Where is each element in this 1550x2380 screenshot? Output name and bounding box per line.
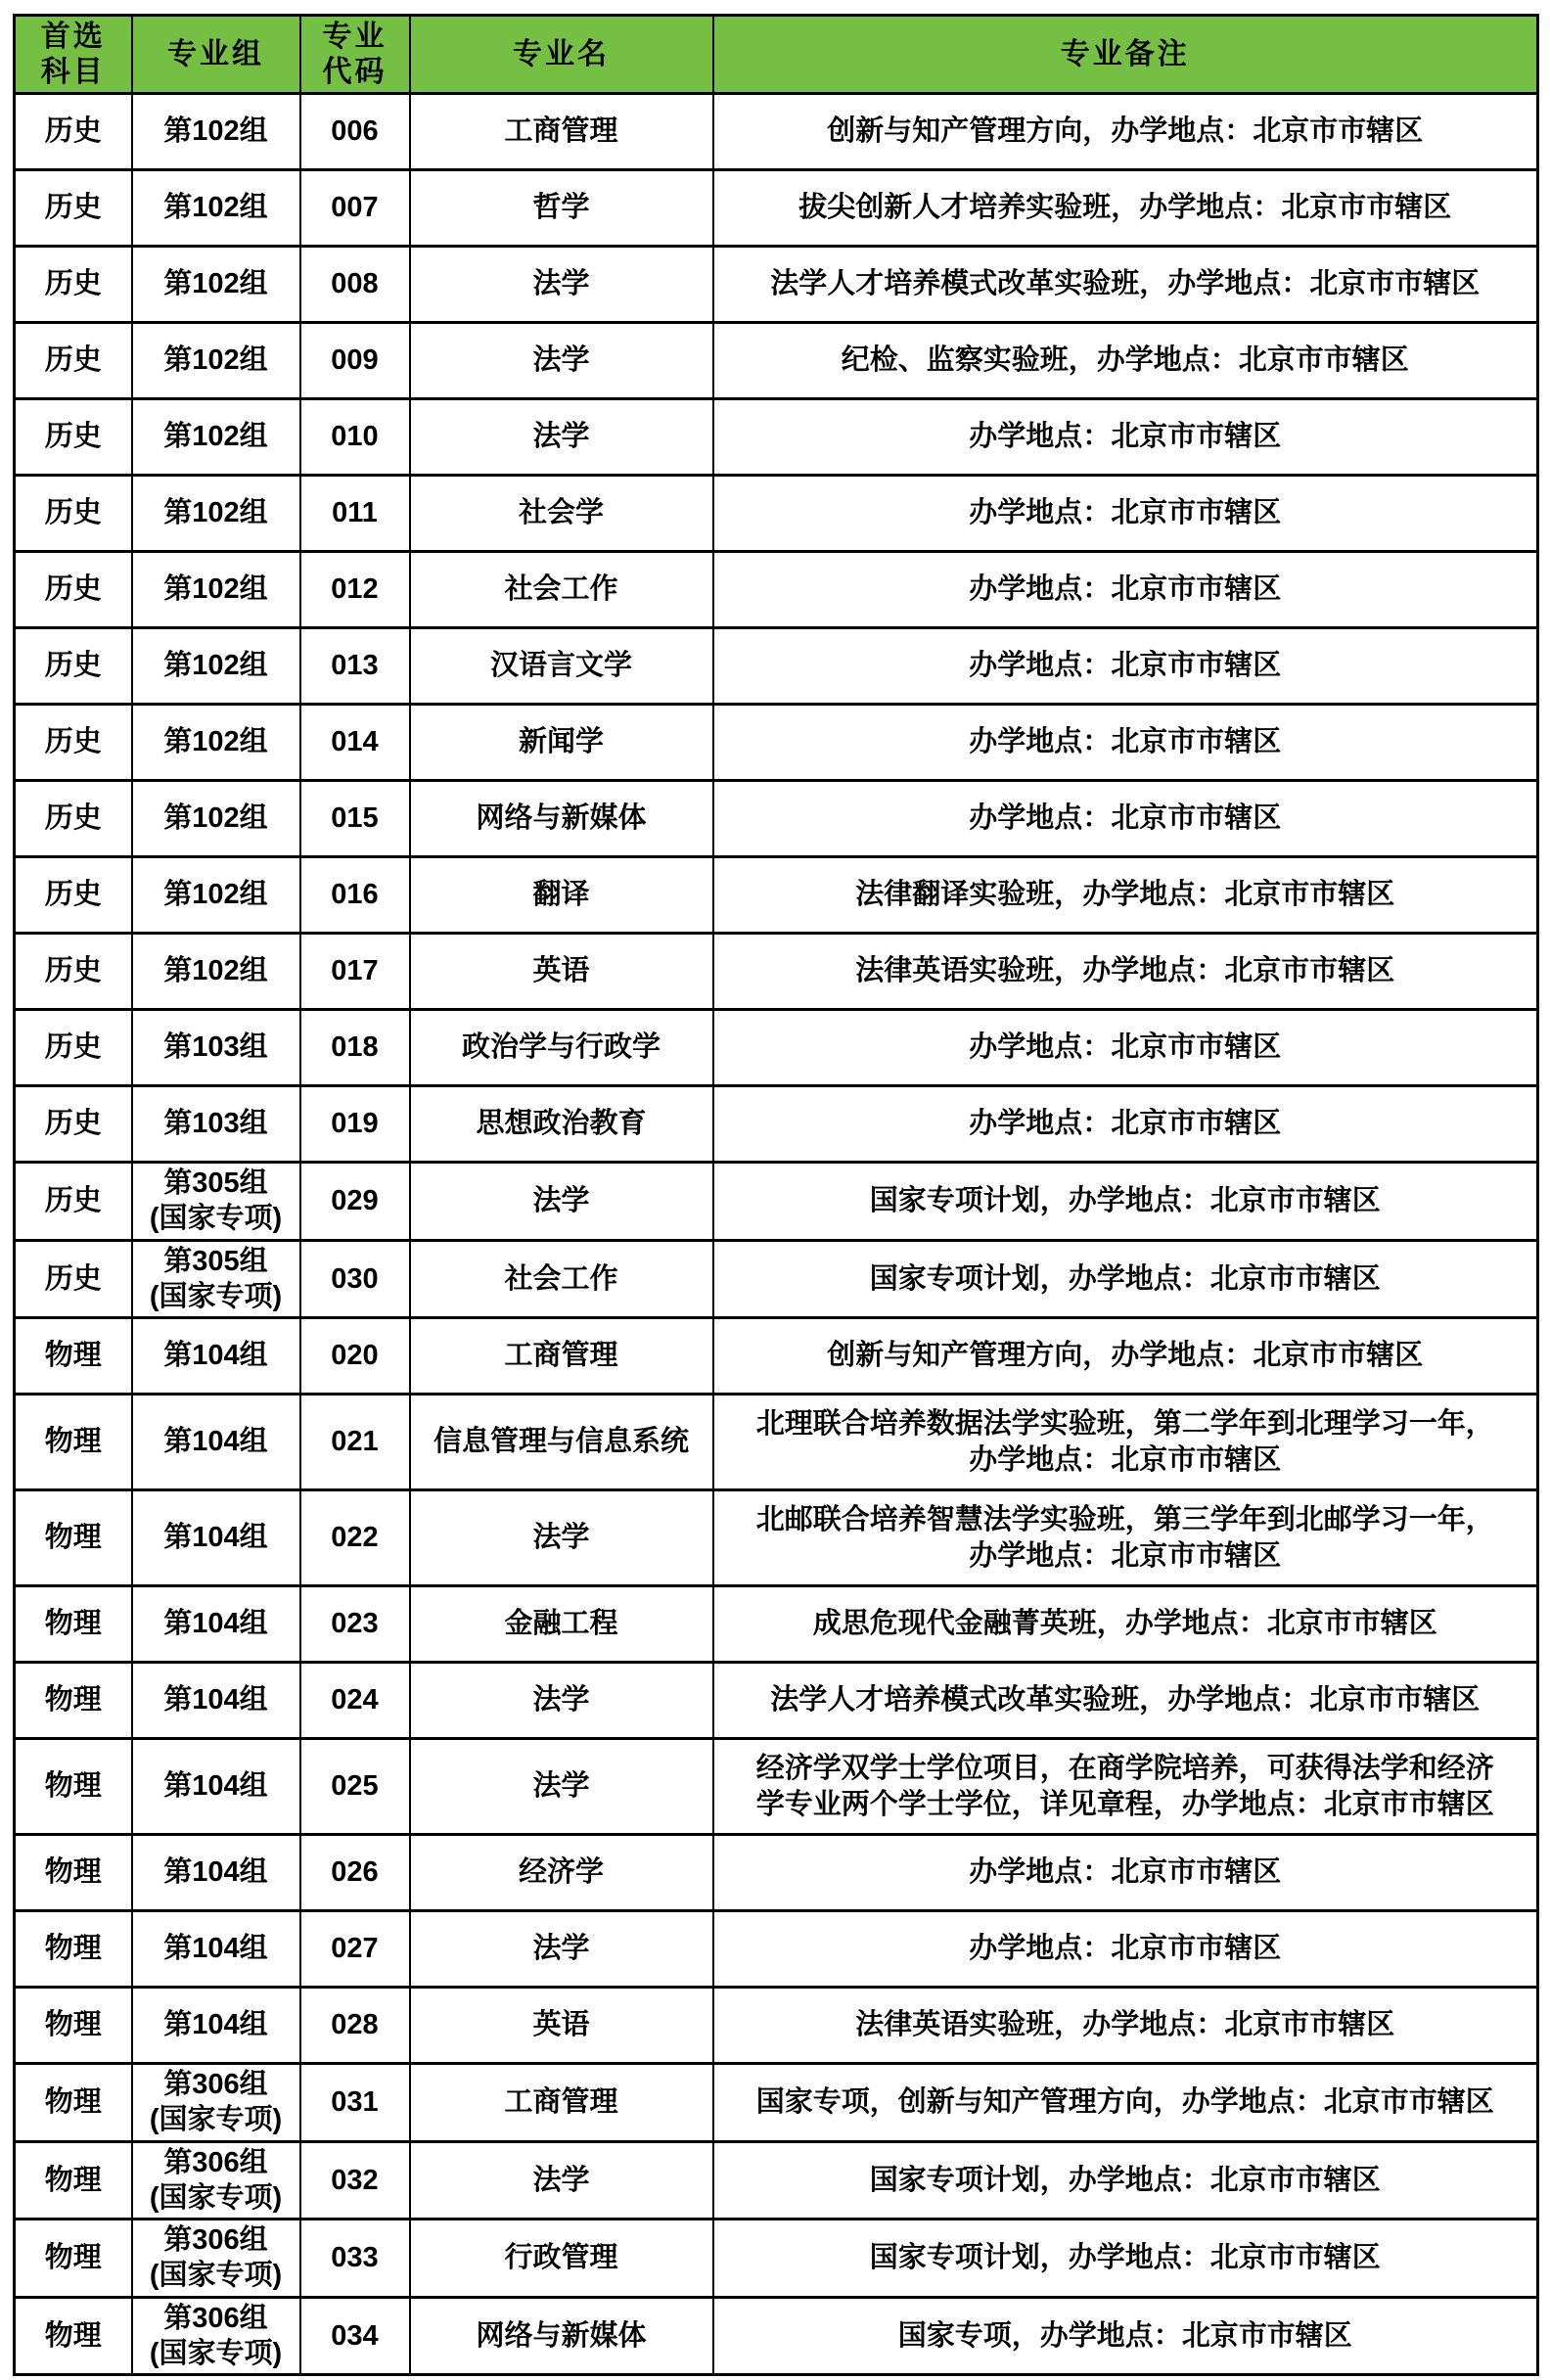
cell-major: 法学 <box>410 1490 713 1586</box>
table-row: 物理第104组024法学法学人才培养模式改革实验班，办学地点：北京市市辖区 <box>15 1663 1538 1739</box>
cell-group: 第104组 <box>132 1739 300 1835</box>
table-row: 历史第103组018政治学与行政学办学地点：北京市市辖区 <box>15 1010 1538 1086</box>
cell-major: 法学 <box>410 1663 713 1739</box>
cell-subject: 历史 <box>15 781 132 857</box>
cell-group: 第102组 <box>132 476 300 552</box>
column-header-group: 专业组 <box>132 16 300 94</box>
cell-code: 023 <box>300 1586 410 1663</box>
cell-remark: 办学地点：北京市市辖区 <box>713 705 1538 781</box>
cell-subject: 历史 <box>15 94 132 170</box>
cell-remark: 办学地点：北京市市辖区 <box>713 1911 1538 1988</box>
cell-group: 第104组 <box>132 1490 300 1586</box>
cell-group: 第104组 <box>132 1835 300 1911</box>
cell-remark: 北理联合培养数据法学实验班，第二学年到北理学习一年， 办学地点：北京市市辖区 <box>713 1395 1538 1490</box>
cell-major: 网络与新媒体 <box>410 781 713 857</box>
cell-group: 第104组 <box>132 1318 300 1395</box>
cell-remark: 法律英语实验班，办学地点：北京市市辖区 <box>713 934 1538 1010</box>
column-header-remark: 专业备注 <box>713 16 1538 94</box>
cell-group: 第305组 (国家专项) <box>132 1240 300 1318</box>
cell-group: 第306组 (国家专项) <box>132 2064 300 2142</box>
cell-code: 017 <box>300 934 410 1010</box>
table-header: 首选 科目 专业组 专业 代码 专业名 专业备注 <box>15 16 1538 94</box>
table-row: 历史第102组016翻译法律翻译实验班，办学地点：北京市市辖区 <box>15 857 1538 934</box>
header-row: 首选 科目 专业组 专业 代码 专业名 专业备注 <box>15 16 1538 94</box>
cell-group: 第306组 (国家专项) <box>132 2220 300 2298</box>
cell-code: 032 <box>300 2141 410 2220</box>
table-row: 历史第102组017英语法律英语实验班，办学地点：北京市市辖区 <box>15 934 1538 1010</box>
cell-code: 021 <box>300 1395 410 1490</box>
cell-subject: 物理 <box>15 2141 132 2220</box>
table-row: 历史第102组013汉语言文学办学地点：北京市市辖区 <box>15 628 1538 705</box>
cell-code: 016 <box>300 857 410 934</box>
cell-major: 社会工作 <box>410 552 713 628</box>
table-row: 物理第306组 (国家专项)032法学国家专项计划，办学地点：北京市市辖区 <box>15 2141 1538 2220</box>
cell-group: 第305组 (国家专项) <box>132 1163 300 1241</box>
cell-major: 工商管理 <box>410 1318 713 1395</box>
cell-major: 法学 <box>410 1163 713 1241</box>
table-row: 历史第102组010法学办学地点：北京市市辖区 <box>15 399 1538 476</box>
cell-major: 法学 <box>410 399 713 476</box>
table-row: 历史第103组019思想政治教育办学地点：北京市市辖区 <box>15 1086 1538 1163</box>
cell-group: 第102组 <box>132 628 300 705</box>
cell-remark: 办学地点：北京市市辖区 <box>713 1010 1538 1086</box>
cell-major: 行政管理 <box>410 2220 713 2298</box>
table-row: 历史第305组 (国家专项)030社会工作国家专项计划，办学地点：北京市市辖区 <box>15 1240 1538 1318</box>
cell-group: 第104组 <box>132 1586 300 1663</box>
cell-subject: 物理 <box>15 1586 132 1663</box>
table-row: 历史第102组011社会学办学地点：北京市市辖区 <box>15 476 1538 552</box>
cell-code: 029 <box>300 1163 410 1241</box>
table-row: 物理第104组028英语法律英语实验班，办学地点：北京市市辖区 <box>15 1988 1538 2064</box>
cell-group: 第102组 <box>132 323 300 399</box>
cell-subject: 历史 <box>15 1086 132 1163</box>
cell-subject: 物理 <box>15 2297 132 2375</box>
cell-group: 第103组 <box>132 1086 300 1163</box>
cell-remark: 成思危现代金融菁英班，办学地点：北京市市辖区 <box>713 1586 1538 1663</box>
cell-subject: 物理 <box>15 1395 132 1490</box>
cell-major: 汉语言文学 <box>410 628 713 705</box>
cell-remark: 办学地点：北京市市辖区 <box>713 1086 1538 1163</box>
column-header-major: 专业名 <box>410 16 713 94</box>
cell-code: 007 <box>300 170 410 247</box>
cell-remark: 办学地点：北京市市辖区 <box>713 552 1538 628</box>
cell-subject: 历史 <box>15 1240 132 1318</box>
cell-remark: 国家专项计划，办学地点：北京市市辖区 <box>713 1163 1538 1241</box>
cell-major: 思想政治教育 <box>410 1086 713 1163</box>
cell-code: 034 <box>300 2297 410 2375</box>
table-row: 物理第104组022法学北邮联合培养智慧法学实验班，第三学年到北邮学习一年， 办… <box>15 1490 1538 1586</box>
cell-remark: 办学地点：北京市市辖区 <box>713 399 1538 476</box>
cell-subject: 历史 <box>15 170 132 247</box>
cell-remark: 经济学双学士学位项目，在商学院培养，可获得法学和经济 学专业两个学士学位，详见章… <box>713 1739 1538 1835</box>
cell-remark: 纪检、监察实验班，办学地点：北京市市辖区 <box>713 323 1538 399</box>
cell-subject: 物理 <box>15 1835 132 1911</box>
cell-remark: 国家专项，办学地点：北京市市辖区 <box>713 2297 1538 2375</box>
cell-remark: 北邮联合培养智慧法学实验班，第三学年到北邮学习一年， 办学地点：北京市市辖区 <box>713 1490 1538 1586</box>
cell-major: 翻译 <box>410 857 713 934</box>
table-row: 物理第104组027法学办学地点：北京市市辖区 <box>15 1911 1538 1988</box>
cell-remark: 办学地点：北京市市辖区 <box>713 1835 1538 1911</box>
cell-major: 社会学 <box>410 476 713 552</box>
cell-group: 第102组 <box>132 247 300 323</box>
table-row: 历史第102组015网络与新媒体办学地点：北京市市辖区 <box>15 781 1538 857</box>
cell-subject: 历史 <box>15 247 132 323</box>
table-body: 历史第102组006工商管理创新与知产管理方向，办学地点：北京市市辖区历史第10… <box>15 94 1538 2375</box>
cell-subject: 历史 <box>15 399 132 476</box>
cell-remark: 法学人才培养模式改革实验班，办学地点：北京市市辖区 <box>713 1663 1538 1739</box>
cell-remark: 办学地点：北京市市辖区 <box>713 781 1538 857</box>
cell-group: 第103组 <box>132 1010 300 1086</box>
cell-major: 工商管理 <box>410 94 713 170</box>
cell-subject: 物理 <box>15 2064 132 2142</box>
cell-remark: 办学地点：北京市市辖区 <box>713 628 1538 705</box>
cell-code: 018 <box>300 1010 410 1086</box>
cell-group: 第102组 <box>132 781 300 857</box>
cell-code: 008 <box>300 247 410 323</box>
cell-subject: 物理 <box>15 1988 132 2064</box>
cell-major: 法学 <box>410 247 713 323</box>
cell-code: 020 <box>300 1318 410 1395</box>
cell-major: 法学 <box>410 323 713 399</box>
table-row: 历史第102组007哲学拔尖创新人才培养实验班，办学地点：北京市市辖区 <box>15 170 1538 247</box>
cell-group: 第306组 (国家专项) <box>132 2141 300 2220</box>
cell-code: 028 <box>300 1988 410 2064</box>
cell-remark: 国家专项计划，办学地点：北京市市辖区 <box>713 2141 1538 2220</box>
cell-group: 第102组 <box>132 705 300 781</box>
cell-code: 019 <box>300 1086 410 1163</box>
cell-major: 英语 <box>410 1988 713 2064</box>
cell-subject: 历史 <box>15 705 132 781</box>
cell-group: 第102组 <box>132 399 300 476</box>
cell-subject: 历史 <box>15 934 132 1010</box>
table-row: 物理第104组021信息管理与信息系统北理联合培养数据法学实验班，第二学年到北理… <box>15 1395 1538 1490</box>
cell-code: 006 <box>300 94 410 170</box>
cell-major: 社会工作 <box>410 1240 713 1318</box>
cell-subject: 历史 <box>15 1010 132 1086</box>
cell-remark: 创新与知产管理方向，办学地点：北京市市辖区 <box>713 94 1538 170</box>
cell-group: 第102组 <box>132 934 300 1010</box>
cell-code: 026 <box>300 1835 410 1911</box>
cell-major: 金融工程 <box>410 1586 713 1663</box>
cell-major: 信息管理与信息系统 <box>410 1395 713 1490</box>
cell-subject: 历史 <box>15 857 132 934</box>
cell-group: 第102组 <box>132 857 300 934</box>
cell-remark: 办学地点：北京市市辖区 <box>713 476 1538 552</box>
cell-subject: 物理 <box>15 1739 132 1835</box>
cell-group: 第104组 <box>132 1395 300 1490</box>
table-row: 物理第306组 (国家专项)034网络与新媒体国家专项，办学地点：北京市市辖区 <box>15 2297 1538 2375</box>
table-row: 物理第104组023金融工程成思危现代金融菁英班，办学地点：北京市市辖区 <box>15 1586 1538 1663</box>
table-row: 历史第102组008法学法学人才培养模式改革实验班，办学地点：北京市市辖区 <box>15 247 1538 323</box>
table-row: 历史第102组014新闻学办学地点：北京市市辖区 <box>15 705 1538 781</box>
cell-subject: 历史 <box>15 628 132 705</box>
cell-code: 031 <box>300 2064 410 2142</box>
cell-subject: 历史 <box>15 476 132 552</box>
cell-remark: 创新与知产管理方向，办学地点：北京市市辖区 <box>713 1318 1538 1395</box>
cell-major: 经济学 <box>410 1835 713 1911</box>
cell-group: 第104组 <box>132 1988 300 2064</box>
table-row: 历史第102组009法学纪检、监察实验班，办学地点：北京市市辖区 <box>15 323 1538 399</box>
cell-remark: 国家专项计划，办学地点：北京市市辖区 <box>713 1240 1538 1318</box>
cell-major: 法学 <box>410 1911 713 1988</box>
cell-major: 新闻学 <box>410 705 713 781</box>
table-row: 物理第104组020工商管理创新与知产管理方向，办学地点：北京市市辖区 <box>15 1318 1538 1395</box>
cell-major: 英语 <box>410 934 713 1010</box>
cell-group: 第102组 <box>132 170 300 247</box>
cell-subject: 历史 <box>15 1163 132 1241</box>
column-header-subject: 首选 科目 <box>15 16 132 94</box>
cell-code: 015 <box>300 781 410 857</box>
cell-subject: 物理 <box>15 2220 132 2298</box>
cell-remark: 拔尖创新人才培养实验班，办学地点：北京市市辖区 <box>713 170 1538 247</box>
cell-subject: 物理 <box>15 1490 132 1586</box>
cell-code: 013 <box>300 628 410 705</box>
cell-code: 012 <box>300 552 410 628</box>
cell-subject: 物理 <box>15 1911 132 1988</box>
cell-code: 033 <box>300 2220 410 2298</box>
cell-group: 第104组 <box>132 1911 300 1988</box>
cell-group: 第306组 (国家专项) <box>132 2297 300 2375</box>
cell-code: 022 <box>300 1490 410 1586</box>
cell-code: 027 <box>300 1911 410 1988</box>
table-row: 物理第104组025法学经济学双学士学位项目，在商学院培养，可获得法学和经济 学… <box>15 1739 1538 1835</box>
cell-remark: 法律翻译实验班，办学地点：北京市市辖区 <box>713 857 1538 934</box>
cell-remark: 法律英语实验班，办学地点：北京市市辖区 <box>713 1988 1538 2064</box>
cell-major: 哲学 <box>410 170 713 247</box>
table-row: 历史第305组 (国家专项)029法学国家专项计划，办学地点：北京市市辖区 <box>15 1163 1538 1241</box>
table-row: 物理第104组026经济学办学地点：北京市市辖区 <box>15 1835 1538 1911</box>
cell-code: 010 <box>300 399 410 476</box>
cell-remark: 国家专项计划，办学地点：北京市市辖区 <box>713 2220 1538 2298</box>
cell-major: 工商管理 <box>410 2064 713 2142</box>
cell-code: 030 <box>300 1240 410 1318</box>
table-row: 物理第306组 (国家专项)033行政管理国家专项计划，办学地点：北京市市辖区 <box>15 2220 1538 2298</box>
cell-remark: 国家专项，创新与知产管理方向，办学地点：北京市市辖区 <box>713 2064 1538 2142</box>
table-row: 物理第306组 (国家专项)031工商管理国家专项，创新与知产管理方向，办学地点… <box>15 2064 1538 2142</box>
cell-code: 024 <box>300 1663 410 1739</box>
cell-code: 011 <box>300 476 410 552</box>
cell-remark: 法学人才培养模式改革实验班，办学地点：北京市市辖区 <box>713 247 1538 323</box>
cell-group: 第102组 <box>132 552 300 628</box>
cell-group: 第102组 <box>132 94 300 170</box>
cell-major: 法学 <box>410 2141 713 2220</box>
cell-code: 014 <box>300 705 410 781</box>
cell-subject: 物理 <box>15 1318 132 1395</box>
cell-group: 第104组 <box>132 1663 300 1739</box>
cell-major: 政治学与行政学 <box>410 1010 713 1086</box>
cell-subject: 物理 <box>15 1663 132 1739</box>
cell-major: 网络与新媒体 <box>410 2297 713 2375</box>
table-row: 历史第102组012社会工作办学地点：北京市市辖区 <box>15 552 1538 628</box>
cell-major: 法学 <box>410 1739 713 1835</box>
column-header-code: 专业 代码 <box>300 16 410 94</box>
cell-subject: 历史 <box>15 323 132 399</box>
cell-subject: 历史 <box>15 552 132 628</box>
table-row: 历史第102组006工商管理创新与知产管理方向，办学地点：北京市市辖区 <box>15 94 1538 170</box>
admissions-plan-table: 首选 科目 专业组 专业 代码 专业名 专业备注 历史第102组006工商管理创… <box>13 14 1539 2376</box>
cell-code: 025 <box>300 1739 410 1835</box>
cell-code: 009 <box>300 323 410 399</box>
